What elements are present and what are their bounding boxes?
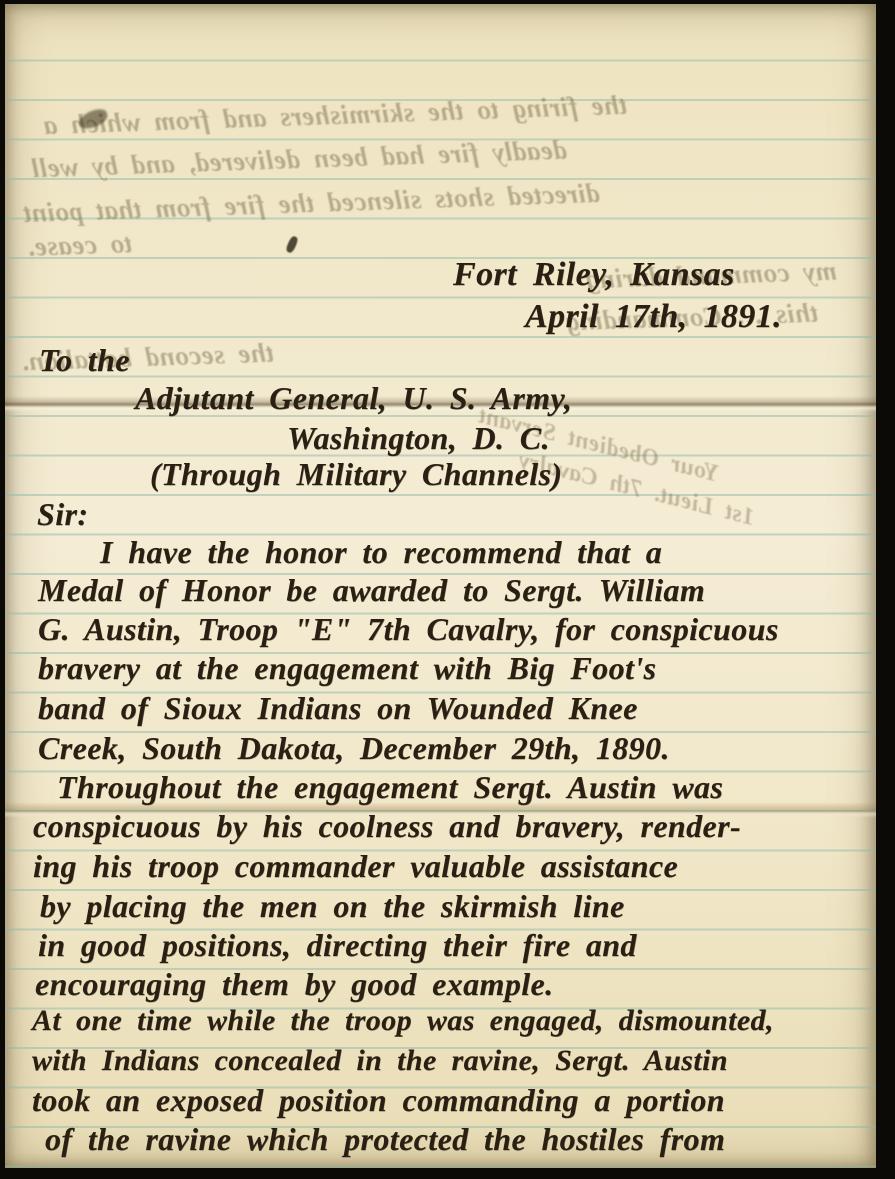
letter-line: At one time while the troop was engaged,… xyxy=(32,1004,774,1038)
address-line: Adjutant General, U. S. Army, xyxy=(135,380,572,417)
letter-line: ing his troop commander valuable assista… xyxy=(33,848,678,885)
letter-line: with Indians concealed in the ravine, Se… xyxy=(32,1044,728,1078)
letter-line: conspicuous by his coolness and bravery,… xyxy=(33,808,741,845)
letter-line: band of Sioux Indians on Wounded Knee xyxy=(38,690,638,727)
salutation: Sir: xyxy=(37,496,88,533)
bleedthrough-line: to cease. xyxy=(26,228,132,263)
address-line: To the xyxy=(39,342,130,379)
letter-line: Throughout the engagement Sergt. Austin … xyxy=(57,769,723,806)
letter-line: Creek, South Dakota, December 29th, 1890… xyxy=(38,730,670,767)
letter-line: by placing the men on the skirmish line xyxy=(40,888,625,925)
letter-line: I have the honor to recommend that a xyxy=(100,534,662,571)
letter-line: took an exposed position commanding a po… xyxy=(32,1082,725,1119)
letter-line: G. Austin, Troop "E" 7th Cavalry, for co… xyxy=(38,611,779,648)
letter-line: of the ravine which protected the hostil… xyxy=(45,1121,725,1158)
letter-page: the firing to the skirmishers and from w… xyxy=(5,4,876,1168)
letter-line: bravery at the engagement with Big Foot'… xyxy=(38,650,656,687)
letter-line: in good positions, directing their fire … xyxy=(38,927,637,964)
dateline-place: Fort Riley, Kansas xyxy=(453,256,735,294)
document-scan: the firing to the skirmishers and from w… xyxy=(0,0,895,1179)
dateline-date: April 17th, 1891. xyxy=(525,298,782,336)
letter-line: encouraging them by good example. xyxy=(35,966,554,1003)
address-line: (Through Military Channels) xyxy=(150,456,562,493)
address-line: Washington, D. C. xyxy=(287,420,550,457)
letter-line: Medal of Honor be awarded to Sergt. Will… xyxy=(38,572,705,609)
